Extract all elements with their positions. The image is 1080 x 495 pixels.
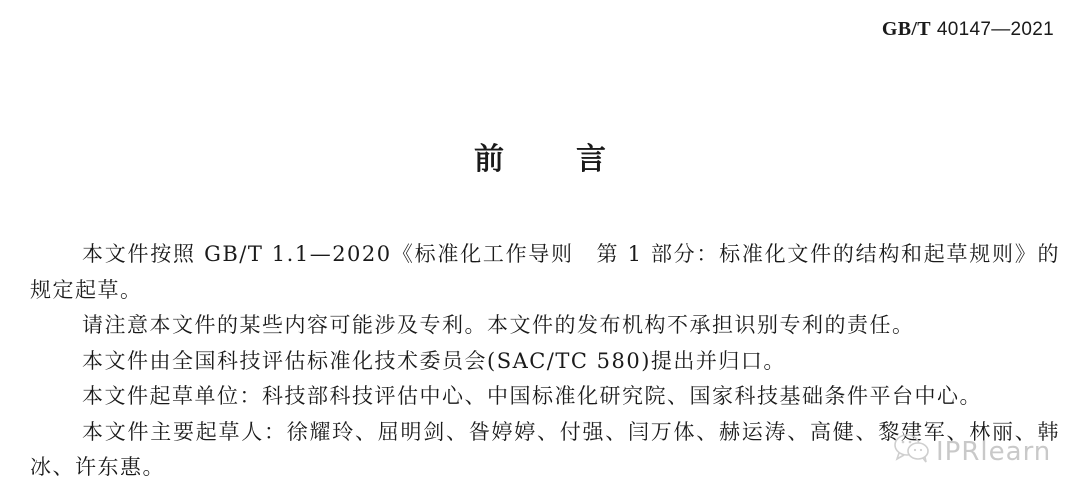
standard-code: 40147—2021 xyxy=(937,19,1054,40)
paragraph-patent-notice: 请注意本文件的某些内容可能涉及专利。本文件的发布机构不承担识别专利的责任。 xyxy=(30,308,1060,344)
standard-prefix: GB/T xyxy=(882,18,931,40)
title-char-2: 言 xyxy=(576,134,606,178)
standard-number: GB/T40147—2021 xyxy=(882,18,1054,41)
paragraph-drafting-units: 本文件起草单位：科技部科技评估中心、中国标准化研究院、国家科技基础条件平台中心。 xyxy=(30,379,1060,415)
paragraph-drafters: 本文件主要起草人：徐耀玲、屈明剑、昝婷婷、付强、闫万体、赫运涛、高健、黎建军、林… xyxy=(30,415,1060,486)
paragraph-proposer: 本文件由全国科技评估标准化技术委员会(SAC/TC 580)提出并归口。 xyxy=(30,344,1060,380)
paragraph-drafting-rules: 本文件按照 GB/T 1.1—2020《标准化工作导则 第 1 部分：标准化文件… xyxy=(30,237,1060,308)
foreword-body: 本文件按照 GB/T 1.1—2020《标准化工作导则 第 1 部分：标准化文件… xyxy=(30,237,1060,486)
page-title: 前言 xyxy=(0,134,1080,178)
title-char-1: 前 xyxy=(474,134,504,178)
